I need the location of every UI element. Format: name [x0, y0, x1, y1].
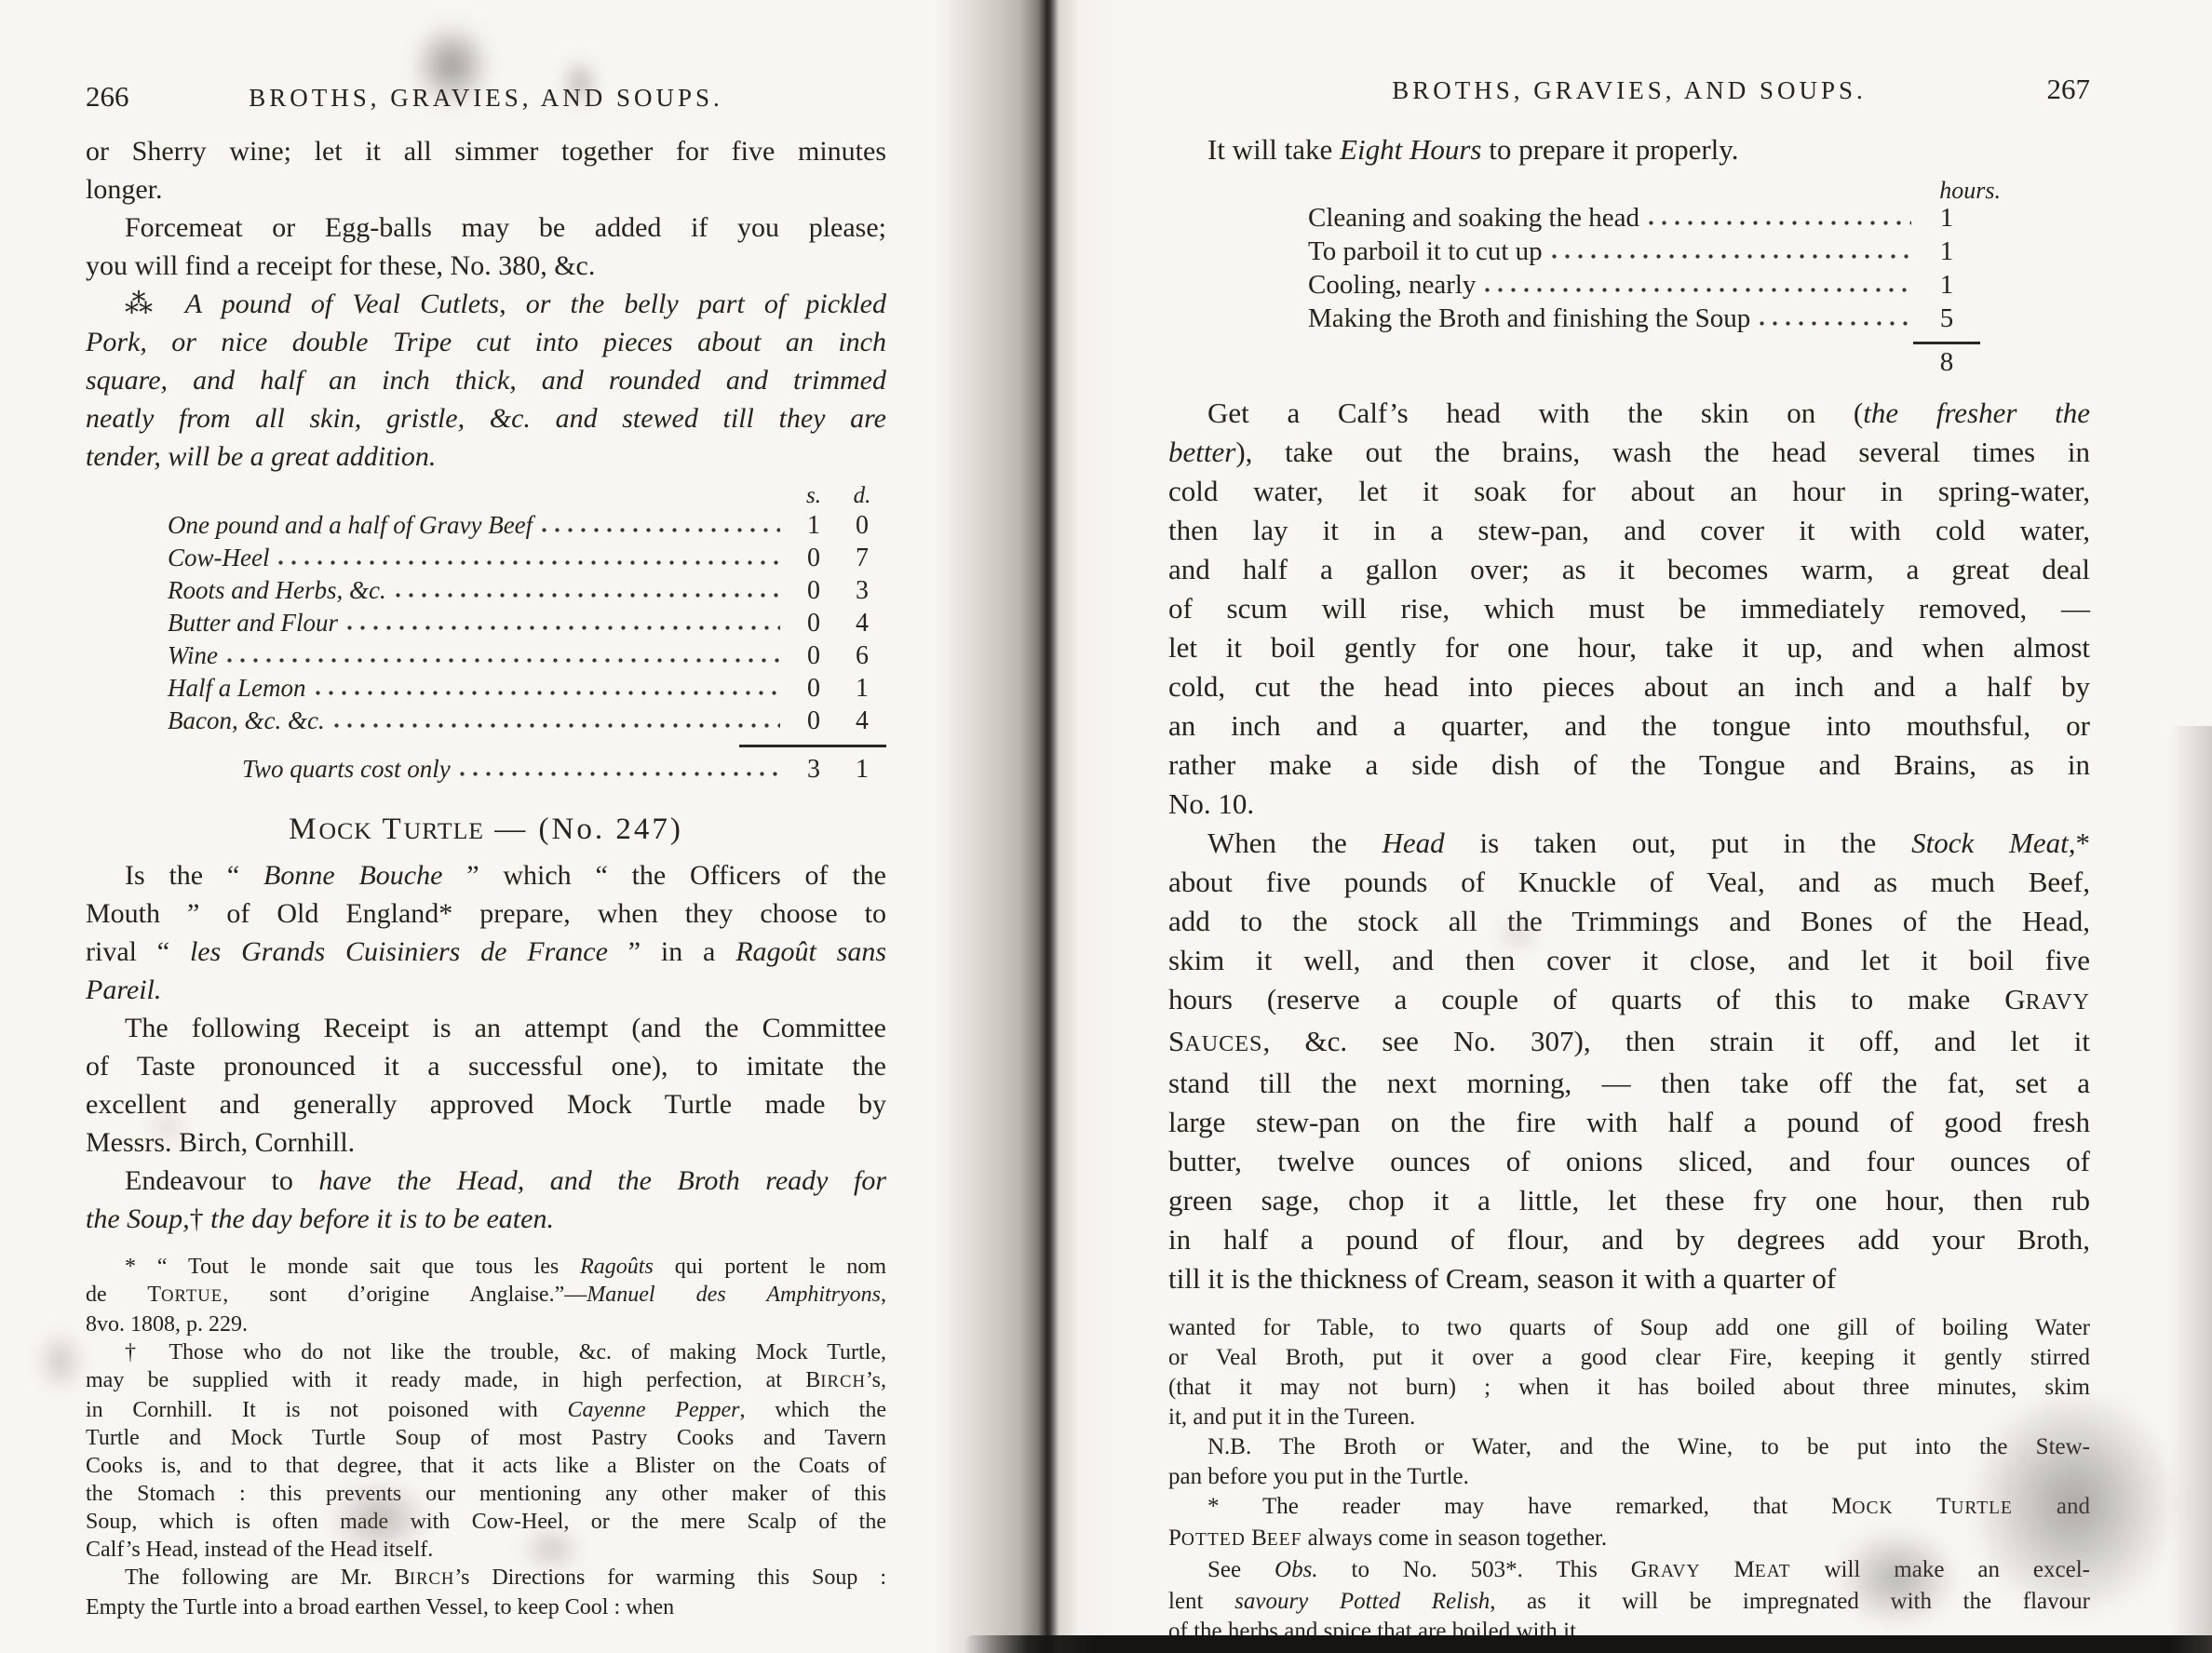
text-line: rival “ les Grands Cuisiniers de France …: [86, 933, 886, 971]
text-line: lent savoury Potted Relish, as it will b…: [1168, 1587, 2090, 1617]
paragraph: ⁂ A pound of Veal Cutlets, or the belly …: [86, 285, 886, 476]
text-line: Soup, which is often made with Cow-Heel,…: [86, 1508, 886, 1536]
hours-table-row: Cooling, nearly1: [1168, 270, 2090, 303]
text-line: wanted for Table, to two quarts of Soup …: [1168, 1313, 2090, 1343]
text-line: longer.: [86, 170, 886, 208]
text-line: It will take Eight Hours to prepare it p…: [1168, 130, 2090, 169]
col-header-pence: d.: [838, 483, 886, 511]
cost-item-label: Wine: [168, 641, 218, 670]
cost-item-label: Bacon, &c. &c.: [168, 706, 325, 735]
text-line: in Cornhill. It is not poisoned with Cay…: [86, 1396, 886, 1424]
cost-table-row: Wine06: [86, 641, 886, 674]
hours-value: 1: [1921, 270, 1973, 301]
paragraph: Is the “ Bonne Bouche ” which “ the Offi…: [86, 856, 886, 1009]
cost-item-pence: 0: [838, 511, 886, 541]
hours-task-label: Cleaning and soaking the head: [1308, 203, 1639, 234]
text-line: cold water, let it soak for about an hou…: [1168, 472, 2090, 511]
text-line: square, and half an inch thick, and roun…: [86, 361, 886, 399]
paragraph: When the Head is taken out, put in the S…: [1168, 824, 2090, 1298]
text-line: or Veal Broth, put it over a good clear …: [1168, 1343, 2090, 1373]
text-line: The following Receipt is an attempt (and…: [86, 1009, 886, 1047]
text-line: rather make a side dish of the Tongue an…: [1168, 746, 2090, 785]
text-line: about five pounds of Knuckle of Veal, an…: [1168, 863, 2090, 902]
hours-table-rows: Cleaning and soaking the head1To parboil…: [1168, 203, 2090, 337]
page-number: 266: [86, 80, 151, 114]
hours-unit-header: hours.: [1168, 177, 2090, 203]
cost-total-label: Two quarts cost only: [242, 755, 451, 784]
paragraph: See Obs. to No. 503*. This Gravy Meat wi…: [1168, 1555, 2090, 1646]
right-page-header: BROTHS, GRAVIES, AND SOUPS. 267: [1168, 73, 2090, 106]
text-line: ⁂ A pound of Veal Cutlets, or the belly …: [86, 285, 886, 323]
hours-value: 1: [1921, 236, 1973, 267]
col-header-shillings: s.: [789, 483, 838, 511]
cost-table-total-rule: [739, 745, 886, 747]
cost-item-pence: 6: [838, 641, 886, 671]
dot-leader: [347, 625, 780, 631]
text-line: better), take out the brains, wash the h…: [1168, 433, 2090, 472]
hours-task-label: To parboil it to cut up: [1308, 236, 1543, 267]
text-line: Pareil.: [86, 971, 886, 1009]
left-body-top: or Sherry wine; let it all simmer togeth…: [86, 132, 886, 476]
hours-table: hours. Cleaning and soaking the head1To …: [1168, 177, 2090, 384]
running-head: BROTHS, GRAVIES, AND SOUPS.: [249, 84, 723, 113]
text-line: 8vo. 1808, p. 229.: [86, 1310, 886, 1338]
text-line: Get a Calf’s head with the skin on (the …: [1168, 394, 2090, 433]
cost-table-row: Half a Lemon01: [86, 674, 886, 706]
left-footnotes: * “ Tout le monde sait que tous les Rago…: [86, 1253, 886, 1621]
page-number: 267: [2025, 73, 2090, 106]
cost-item-shillings: 0: [789, 609, 838, 638]
cost-table: s. d. One pound and a half of Gravy Beef…: [86, 483, 886, 796]
cost-item-pence: 3: [838, 576, 886, 606]
text-line: pan before you put in the Turtle.: [1168, 1462, 2090, 1492]
text-line: See Obs. to No. 503*. This Gravy Meat wi…: [1168, 1555, 2090, 1587]
right-intro: It will take Eight Hours to prepare it p…: [1168, 130, 2090, 169]
text-line: Sauces, &c. see No. 307), then strain it…: [1168, 1022, 2090, 1064]
text-line: When the Head is taken out, put in the S…: [1168, 824, 2090, 863]
text-line: Messrs. Birch, Cornhill.: [86, 1123, 886, 1162]
book-spread: 266 BROTHS, GRAVIES, AND SOUPS. or Sherr…: [0, 0, 2212, 1653]
page-267: BROTHS, GRAVIES, AND SOUPS. 267 It will …: [1071, 0, 2212, 1653]
hours-total-row: 8: [1168, 347, 2090, 384]
cost-item-pence: 4: [838, 609, 886, 638]
text-line: stand till the next morning, — then take…: [1168, 1064, 2090, 1103]
text-line: then lay it in a stew-pan, and cover it …: [1168, 511, 2090, 550]
text-line: Empty the Turtle into a broad earthen Ve…: [86, 1593, 886, 1621]
scan-edge-strip: [964, 1635, 2212, 1653]
text-line: Cooks is, and to that degree, that it ac…: [86, 1452, 886, 1480]
cost-table-rows: One pound and a half of Gravy Beef10Cow-…: [86, 511, 886, 739]
text-line: No. 10.: [1168, 785, 2090, 824]
text-line: of Taste pronounced it a successful one)…: [86, 1047, 886, 1085]
text-line: butter, twelve ounces of onions sliced, …: [1168, 1142, 2090, 1181]
cost-table-row: Cow-Heel07: [86, 544, 886, 576]
hours-table-row: To parboil it to cut up1: [1168, 236, 2090, 270]
text-line: it, and put it in the Tureen.: [1168, 1403, 2090, 1432]
cost-table-row: One pound and a half of Gravy Beef10: [86, 511, 886, 544]
text-line: an inch and a quarter, and the tongue in…: [1168, 706, 2090, 746]
paragraph: Endeavour to have the Head, and the Brot…: [86, 1162, 886, 1238]
cost-item-shillings: 0: [789, 576, 838, 606]
right-text-block: BROTHS, GRAVIES, AND SOUPS. 267 It will …: [1168, 0, 2090, 1646]
text-line: hours (reserve a couple of quarts of thi…: [1168, 980, 2090, 1022]
text-line: and half a gallon over; as it becomes wa…: [1168, 550, 2090, 589]
text-line: Endeavour to have the Head, and the Brot…: [86, 1162, 886, 1200]
cost-item-shillings: 1: [789, 511, 838, 541]
hours-task-label: Making the Broth and finishing the Soup: [1308, 303, 1750, 334]
paragraph: The following are Mr. Birch’s Directions…: [86, 1564, 886, 1621]
hours-table-row: Cleaning and soaking the head1: [1168, 203, 2090, 236]
text-line: excellent and generally approved Mock Tu…: [86, 1085, 886, 1123]
cost-item-label: Roots and Herbs, &c.: [168, 576, 386, 605]
cost-item-shillings: 0: [789, 674, 838, 704]
dot-leader: [1760, 321, 1911, 327]
text-line: add to the stock all the Trimmings and B…: [1168, 902, 2090, 941]
cost-item-pence: 4: [838, 706, 886, 736]
text-line: large stew-pan on the fire with half a p…: [1168, 1103, 2090, 1142]
hours-total-rule: [1913, 342, 1980, 344]
dot-leader: [542, 528, 780, 533]
dot-leader: [334, 723, 780, 729]
text-line: the Soup,† the day before it is to be ea…: [86, 1200, 886, 1238]
cost-item-shillings: 0: [789, 641, 838, 671]
hours-table-row: Making the Broth and finishing the Soup5: [1168, 303, 2090, 337]
text-line: let it boil gently for one hour, take it…: [1168, 628, 2090, 667]
recipe-heading: Mock Turtle — (No. 247): [86, 813, 886, 847]
text-line: till it is the thickness of Cream, seaso…: [1168, 1259, 2090, 1298]
dot-leader: [227, 658, 780, 664]
cost-item-label: Cow-Heel: [168, 544, 269, 572]
left-page-header: 266 BROTHS, GRAVIES, AND SOUPS.: [86, 80, 886, 114]
text-line: Is the “ Bonne Bouche ” which “ the Offi…: [86, 856, 886, 894]
dot-leader: [1649, 221, 1911, 226]
cost-total-shillings: 3: [789, 755, 838, 785]
text-line: Mouth ” of Old England* prepare, when th…: [86, 894, 886, 933]
paragraph: * The reader may have remarked, that Moc…: [1168, 1492, 2090, 1555]
text-line: Calf’s Head, instead of the Head itself.: [86, 1536, 886, 1564]
text-line: skim it well, and then cover it close, a…: [1168, 941, 2090, 980]
cost-item-shillings: 0: [789, 706, 838, 736]
text-line: in half a pound of flour, and by degrees…: [1168, 1220, 2090, 1259]
text-line: * The reader may have remarked, that Moc…: [1168, 1492, 2090, 1524]
text-line: Pork, or nice double Tripe cut into piec…: [86, 323, 886, 361]
hours-total-value: 8: [1921, 347, 1973, 378]
text-line: Potted Beef always come in season togeth…: [1168, 1524, 2090, 1555]
text-line: may be supplied with it ready made, in h…: [86, 1366, 886, 1396]
text-line: de Tortue, sont d’origine Anglaise.”—Man…: [86, 1281, 886, 1310]
text-line: Turtle and Mock Turtle Soup of most Past…: [86, 1424, 886, 1452]
paragraph: † Those who do not like the trouble, &c.…: [86, 1338, 886, 1564]
dot-leader: [460, 772, 780, 777]
hours-task-label: Cooling, nearly: [1308, 270, 1476, 301]
dot-leader: [396, 593, 780, 598]
text-line: you will find a receipt for these, No. 3…: [86, 247, 886, 285]
text-line: Forcemeat or Egg-balls may be added if y…: [86, 208, 886, 247]
text-line: N.B. The Broth or Water, and the Wine, t…: [1168, 1432, 2090, 1462]
running-head: BROTHS, GRAVIES, AND SOUPS.: [1392, 76, 1867, 105]
dot-leader: [1552, 254, 1911, 260]
dot-leader: [316, 691, 781, 696]
dot-leader: [1485, 288, 1911, 293]
cost-table-row: Butter and Flour04: [86, 609, 886, 641]
paragraph: Forcemeat or Egg-balls may be added if y…: [86, 208, 886, 285]
cost-item-pence: 7: [838, 544, 886, 573]
cost-item-label: One pound and a half of Gravy Beef: [168, 511, 533, 540]
text-line: * “ Tout le monde sait que tous les Rago…: [86, 1253, 886, 1281]
right-body: Get a Calf’s head with the skin on (the …: [1168, 394, 2090, 1298]
paragraph: The following Receipt is an attempt (and…: [86, 1009, 886, 1162]
text-line: green sage, chop it a little, let these …: [1168, 1181, 2090, 1220]
left-text-block: 266 BROTHS, GRAVIES, AND SOUPS. or Sherr…: [86, 0, 886, 1621]
cost-total-pence: 1: [838, 755, 886, 785]
cost-table-row: Roots and Herbs, &c.03: [86, 576, 886, 609]
text-line: (that it may not burn) ; when it has boi…: [1168, 1373, 2090, 1403]
text-line: The following are Mr. Birch’s Directions…: [86, 1564, 886, 1593]
left-body-recipe: Is the “ Bonne Bouche ” which “ the Offi…: [86, 856, 886, 1238]
text-line: cold, cut the head into pieces about an …: [1168, 667, 2090, 706]
hours-value: 1: [1921, 203, 1973, 234]
page-266: 266 BROTHS, GRAVIES, AND SOUPS. or Sherr…: [0, 0, 959, 1653]
cost-item-label: Half a Lemon: [168, 674, 306, 703]
text-line: of scum will rise, which must be immedia…: [1168, 589, 2090, 628]
cost-table-total-row: Two quarts cost only 3 1: [86, 755, 886, 796]
text-line: † Those who do not like the trouble, &c.…: [86, 1338, 886, 1366]
paragraph: It will take Eight Hours to prepare it p…: [1168, 130, 2090, 169]
cost-item-pence: 1: [838, 674, 886, 704]
cost-table-row: Bacon, &c. &c.04: [86, 706, 886, 739]
paragraph: wanted for Table, to two quarts of Soup …: [1168, 1313, 2090, 1432]
hours-value: 5: [1921, 303, 1973, 334]
cost-item-label: Butter and Flour: [168, 609, 338, 638]
text-line: or Sherry wine; let it all simmer togeth…: [86, 132, 886, 170]
cost-table-column-headers: s. d.: [86, 483, 886, 511]
text-line: the Stomach : this prevents our mentioni…: [86, 1480, 886, 1508]
dot-leader: [278, 560, 780, 566]
text-line: tender, will be a great addition.: [86, 437, 886, 476]
paragraph: Get a Calf’s head with the skin on (the …: [1168, 394, 2090, 824]
text-line: neatly from all skin, gristle, &c. and s…: [86, 399, 886, 437]
right-footnotes: wanted for Table, to two quarts of Soup …: [1168, 1313, 2090, 1646]
paragraph: * “ Tout le monde sait que tous les Rago…: [86, 1253, 886, 1338]
cost-item-shillings: 0: [789, 544, 838, 573]
paragraph: N.B. The Broth or Water, and the Wine, t…: [1168, 1432, 2090, 1492]
paragraph: or Sherry wine; let it all simmer togeth…: [86, 132, 886, 208]
